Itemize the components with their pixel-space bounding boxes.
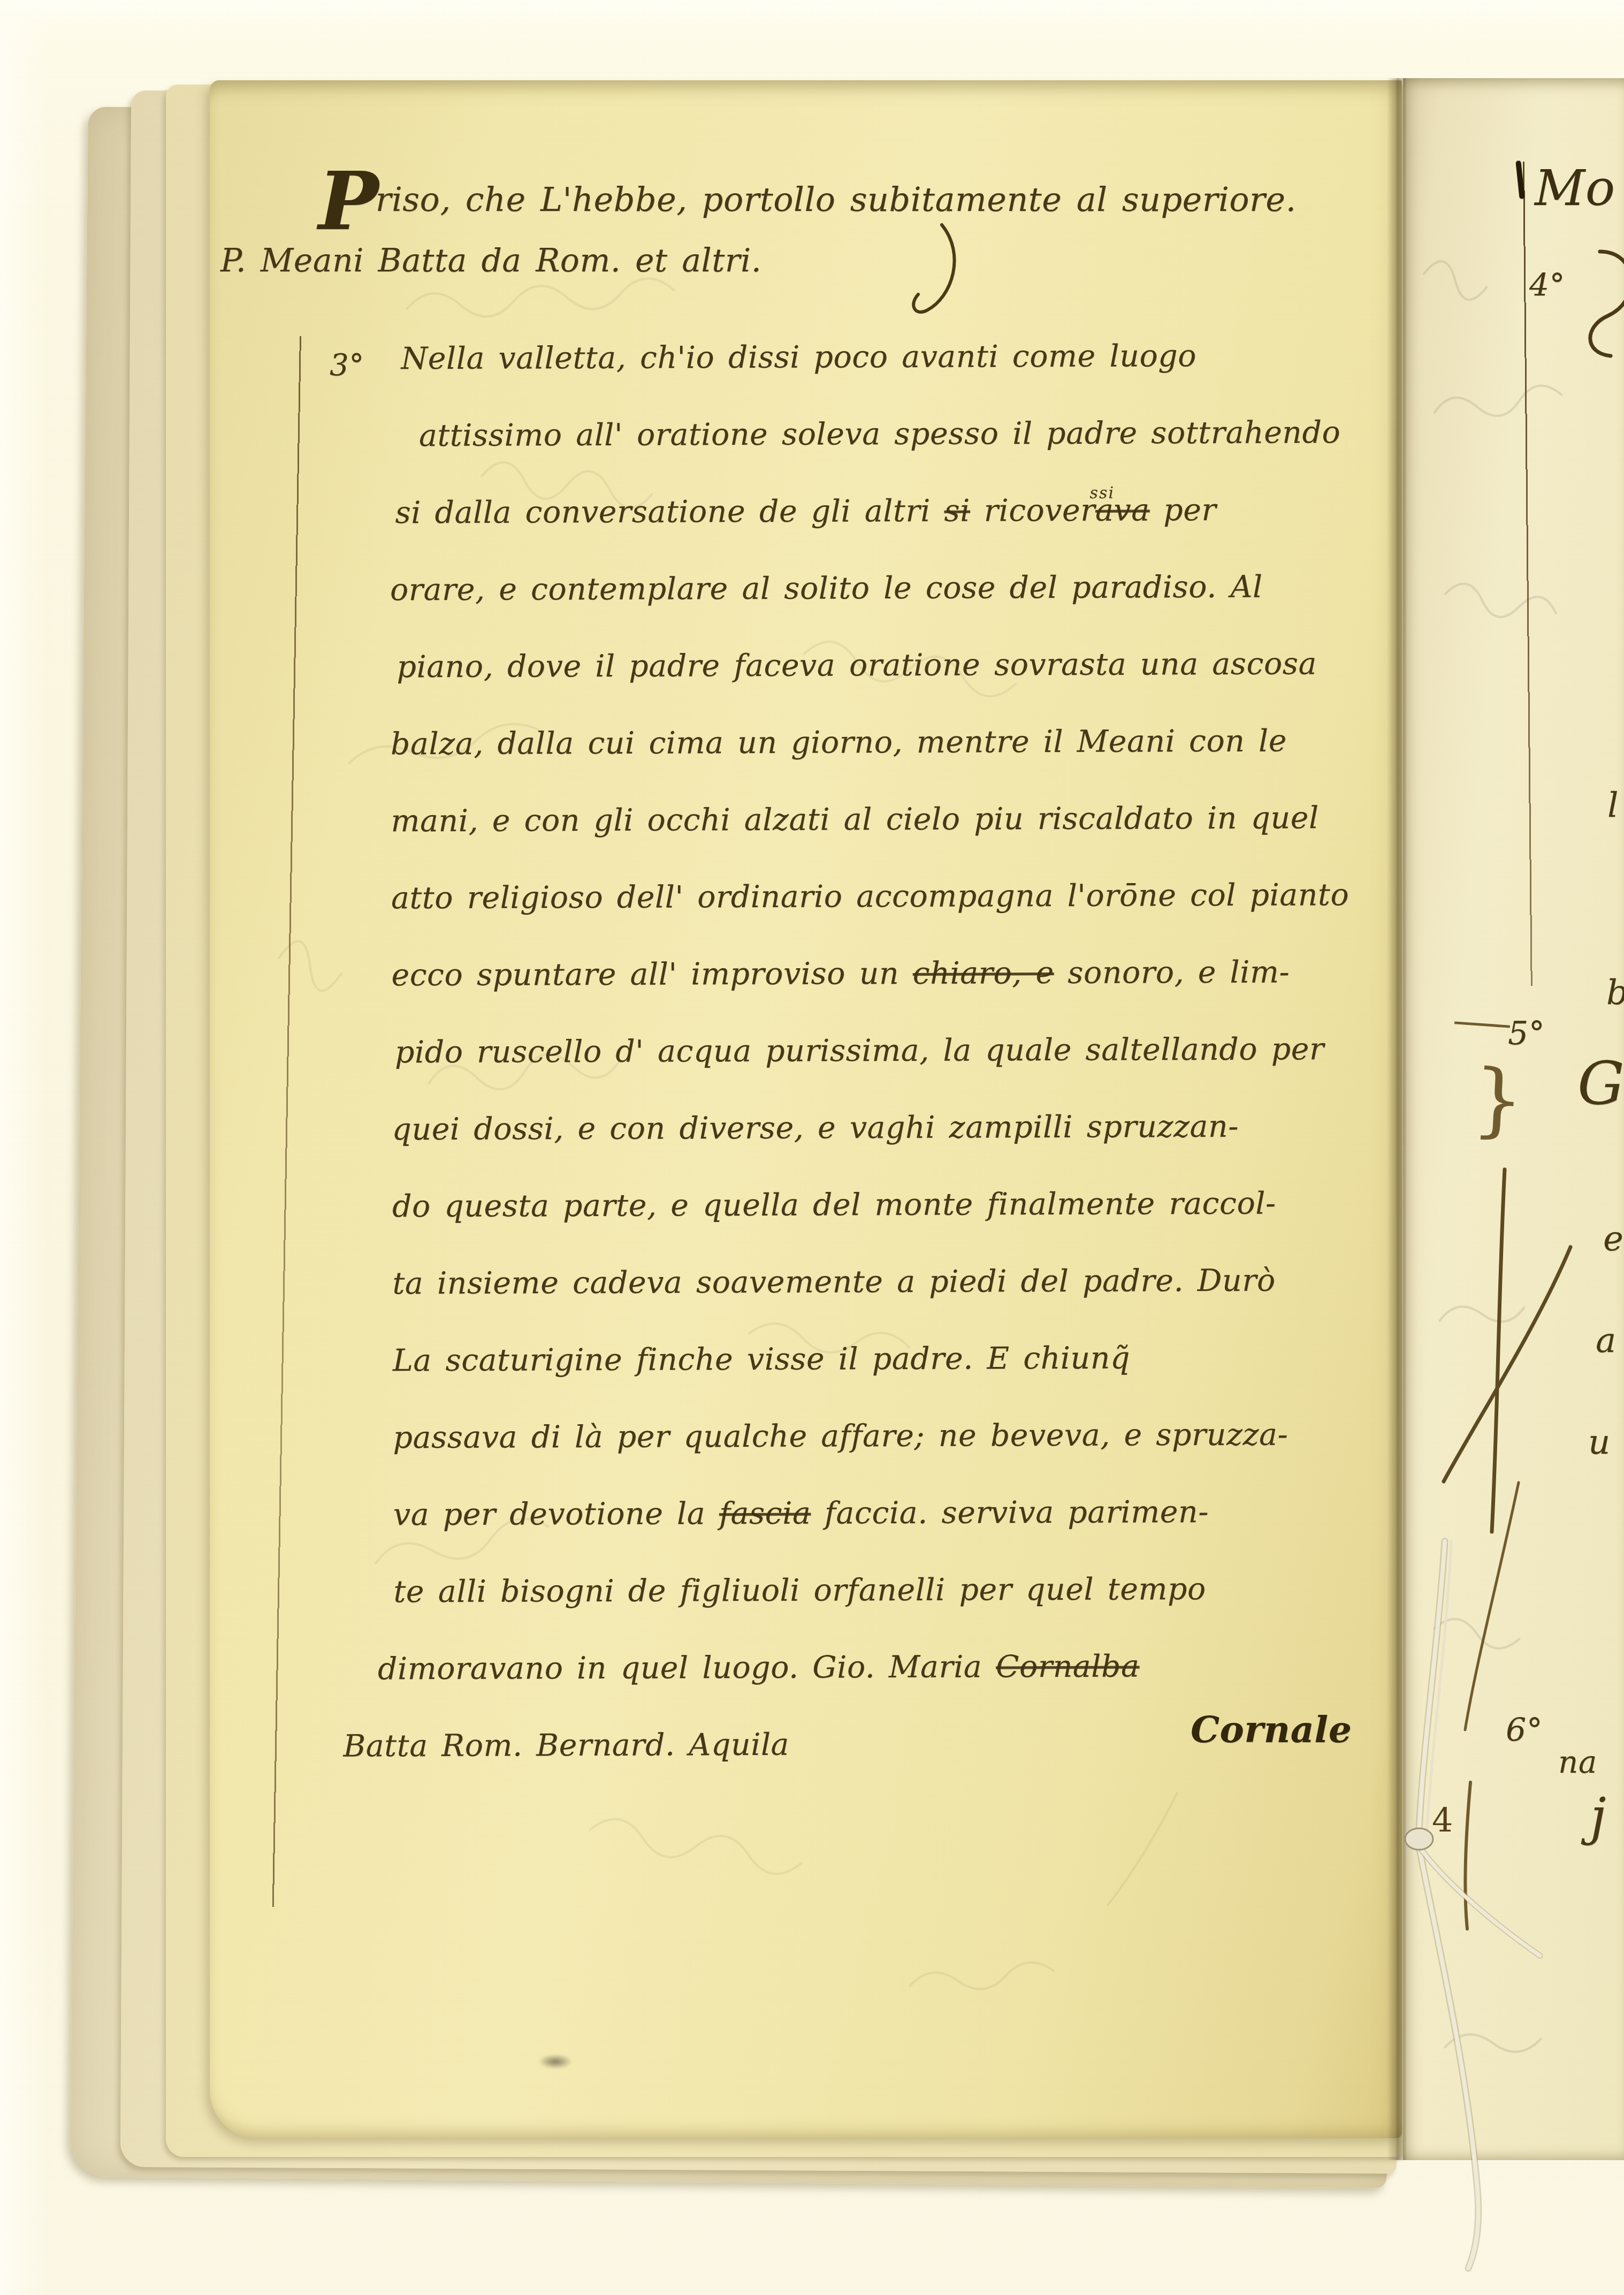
manuscript-line: quei dossi, e con diverse, e vaghi zampi… bbox=[392, 1108, 1408, 1189]
scan-margin-top bbox=[0, 0, 1624, 22]
manuscript-line: va per devotione la fascia faccia. servi… bbox=[393, 1494, 1410, 1575]
line-text: dimoravano in quel luogo. Gio. Maria bbox=[378, 1649, 996, 1686]
scan-margin-left bbox=[0, 0, 48, 2295]
manuscript-line: te alli bisogni de figliuoli orfanelli p… bbox=[393, 1571, 1410, 1652]
line-text: piano, dove il padre faceva oratione sov… bbox=[397, 646, 1317, 685]
line-text: do questa parte, e quella del monte fina… bbox=[392, 1186, 1276, 1225]
line-text: ta insieme cadeva soavemente a piedi del… bbox=[392, 1263, 1276, 1302]
attribution-text: P. Meani Batta da Rom. et altri. bbox=[220, 242, 761, 279]
manuscript-body: Nella valletta, ch'io dissi poco avanti … bbox=[389, 338, 1411, 1806]
manuscript-line: atto religioso dell' ordinario accompagn… bbox=[391, 877, 1408, 958]
line-text: Nella valletta, ch'io dissi poco avanti … bbox=[401, 338, 1196, 376]
line-text: si dalla conversatione de gli altri bbox=[395, 493, 944, 531]
manuscript-line: attissimo all' oratione soleva spesso il… bbox=[419, 415, 1406, 495]
edge-letter: j bbox=[1590, 1788, 1606, 1846]
opening-line-text: riso, che L'hebbe, portollo subitamente … bbox=[376, 180, 1297, 219]
ink-smudge bbox=[538, 2054, 573, 2069]
line-text: per bbox=[1150, 492, 1217, 528]
edge-letter: a bbox=[1596, 1321, 1617, 1361]
manuscript-line: Nella valletta, ch'io dissi poco avanti … bbox=[401, 338, 1406, 419]
line-text: faccia. serviva parimen- bbox=[811, 1494, 1209, 1531]
edge-letter: u bbox=[1588, 1423, 1611, 1462]
manuscript-line: ecco spuntare all' improviso un chiaro, … bbox=[391, 954, 1408, 1035]
line-text: attissimo all' oratione soleva spesso il… bbox=[419, 415, 1341, 453]
marginal-number-5: 5° bbox=[1508, 1015, 1545, 1052]
manuscript-line: La scaturigine finche visse il padre. E … bbox=[393, 1340, 1409, 1420]
line-text: ricover bbox=[970, 493, 1095, 529]
manuscript-line: pido ruscello d' acqua purissima, la qua… bbox=[395, 1031, 1408, 1112]
signature-cornale: Cornale bbox=[1191, 1708, 1352, 1751]
manuscript-line: passava di là per qualche affare; ne bev… bbox=[393, 1417, 1409, 1498]
line-text: passava di là per qualche affare; ne bev… bbox=[393, 1417, 1288, 1455]
ornate-initial: P bbox=[318, 154, 376, 248]
line-text: pido ruscello d' acqua purissima, la qua… bbox=[395, 1031, 1324, 1070]
line-text: ecco spuntare all' improviso un bbox=[391, 956, 913, 993]
manuscript-scan: { "manuscript": { "page_left": { "openin… bbox=[0, 0, 1624, 2295]
strikethrough-text: Cornalba bbox=[996, 1648, 1140, 1684]
line-text: atto religioso dell' ordinario accompagn… bbox=[391, 877, 1349, 916]
opening-line: Priso, che L'hebbe, portollo subitamente… bbox=[318, 154, 1297, 248]
strikethrough-text: fascia bbox=[719, 1496, 811, 1532]
line-text: balza, dalla cui cima un giorno, mentre … bbox=[391, 723, 1287, 762]
manuscript-line: orare, e contemplare al solito le cose d… bbox=[390, 569, 1407, 650]
manuscript-line: mani, e con gli occhi alzati al cielo pi… bbox=[391, 800, 1407, 881]
attribution-line: P. Meani Batta da Rom. et altri. bbox=[220, 242, 761, 279]
line-text: va per devotione la bbox=[393, 1496, 719, 1532]
manuscript-line: ta insieme cadeva soavemente a piedi del… bbox=[392, 1263, 1409, 1343]
manuscript-line: do questa parte, e quella del monte fina… bbox=[392, 1186, 1409, 1266]
marginal-number-6: 6° bbox=[1506, 1712, 1543, 1749]
line-text: orare, e contemplare al solito le cose d… bbox=[390, 569, 1263, 608]
syllable-fragment: na bbox=[1558, 1744, 1597, 1780]
marginal-number-4: 4° bbox=[1529, 267, 1565, 303]
section-number: 3° bbox=[330, 348, 364, 383]
line-text: quei dossi, e con diverse, e vaghi zampi… bbox=[392, 1109, 1239, 1147]
page-fragment-mo: Mo bbox=[1535, 159, 1615, 217]
edge-letter: e bbox=[1603, 1219, 1623, 1259]
line-text: Batta Rom. Bernard. Aquila bbox=[343, 1727, 789, 1764]
strikethrough-text: si bbox=[944, 493, 970, 529]
strikethrough-text: chiaro, e bbox=[913, 955, 1054, 991]
manuscript-line: si dalla conversatione de gli altri si r… bbox=[395, 492, 1406, 573]
edge-letter: l bbox=[1607, 786, 1619, 825]
edge-letter: b bbox=[1606, 973, 1624, 1013]
manuscript-line: piano, dove il padre faceva oratione sov… bbox=[397, 646, 1407, 727]
line-text: La scaturigine finche visse il padre. E … bbox=[393, 1341, 1130, 1379]
folio-number: 4 bbox=[1432, 1800, 1453, 1840]
edge-letter: G bbox=[1577, 1049, 1624, 1118]
manuscript-line: balza, dalla cui cima un giorno, mentre … bbox=[391, 723, 1407, 804]
line-text: sonoro, e lim- bbox=[1054, 954, 1290, 991]
line-text: te alli bisogni de figliuoli orfanelli p… bbox=[393, 1571, 1206, 1609]
line-text: mani, e con gli occhi alzati al cielo pi… bbox=[391, 800, 1318, 839]
marginal-brace: } bbox=[1470, 1052, 1526, 1148]
